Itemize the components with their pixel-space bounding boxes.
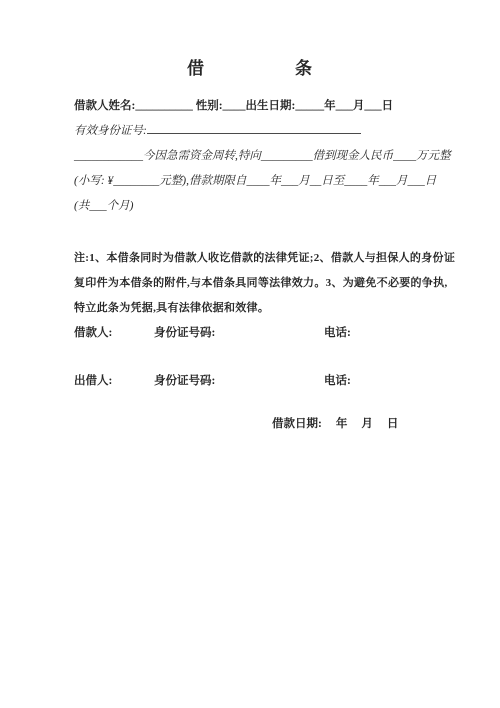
loan-date-label: 借款日期: (272, 412, 322, 437)
borrower-role-label: 借款人: (74, 321, 154, 346)
lender-signature-row: 出借人: 身份证号码: 电话: (74, 369, 460, 394)
lender-id-label: 身份证号码: (154, 369, 324, 394)
iou-document-page: 借 条 借款人姓名:__________ 性别:____出生日期:_____年_… (0, 0, 500, 708)
legal-note: 注:1、本借条同时为借款人收讫借款的法律凭证;2、借款人与担保人的身份证 复印件… (74, 246, 460, 321)
borrower-phone-label: 电话: (324, 321, 460, 346)
title-char-first: 借 (187, 56, 205, 82)
document-body: 借款人姓名:__________ 性别:____出生日期:_____年___月_… (0, 94, 500, 437)
loan-date-year-label: 年 (336, 412, 348, 437)
id-number-blank (147, 122, 361, 134)
loan-date-day-label: 日 (387, 412, 399, 437)
borrower-name-line: 借款人姓名:__________ 性别:____出生日期:_____年___月_… (74, 94, 460, 119)
loan-date-row: 借款日期: 年 月 日 (74, 412, 460, 437)
title-char-second: 条 (295, 56, 313, 82)
id-number-line: 有效身份证号: (74, 119, 460, 144)
loan-amount-line: (小写: ¥________元整),借款期限自____年___月__日至____… (74, 169, 460, 194)
loan-date-month-label: 月 (361, 412, 373, 437)
id-number-label: 有效身份证号: (74, 125, 147, 137)
lender-phone-label: 电话: (324, 369, 460, 394)
loan-term-line: (共___个月) (74, 194, 460, 219)
borrower-signature-row: 借款人: 身份证号码: 电话: (74, 321, 460, 346)
legal-note-line-2: 复印件为本借条的附件,与本借条具同等法律效力。3、为避免不必要的争执, (74, 271, 460, 296)
legal-note-line-1: 注:1、本借条同时为借款人收讫借款的法律凭证;2、借款人与担保人的身份证 (74, 246, 460, 271)
legal-note-line-3: 特立此条为凭据,具有法律依据和效律。 (74, 296, 460, 321)
loan-purpose-line: ____________今因急需资金周转,特向_________借到现金人民币_… (74, 144, 460, 169)
document-title: 借 条 (0, 0, 500, 82)
lender-role-label: 出借人: (74, 369, 154, 394)
borrower-id-label: 身份证号码: (154, 321, 324, 346)
